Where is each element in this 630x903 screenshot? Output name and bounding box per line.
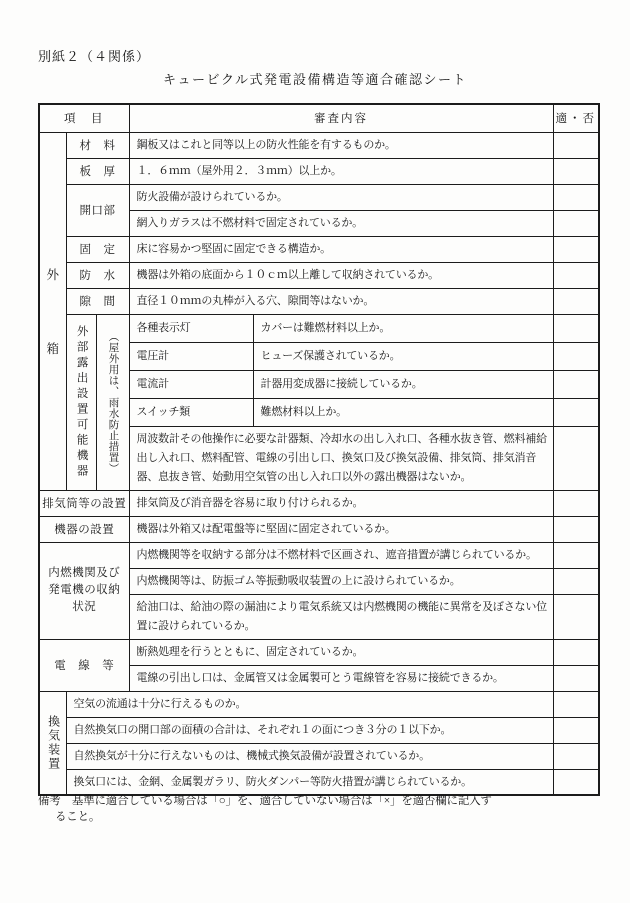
content-gap: 直径１０ｍｍの丸棒が入る穴、隙間等はないか。 [129, 288, 553, 314]
row-ventilation-1: 換気装置 空気の流通は十分に行えるものか。 [39, 691, 599, 717]
content-fixing: 床に容易かつ堅固に固定できる構造か。 [129, 236, 553, 262]
result-cell [553, 236, 599, 262]
row-ventilation-2: 自然換気口の開口部の面積の合計は、それぞれ１の面につき３分の１以下か。 [39, 717, 599, 743]
content-ventilation-2: 自然換気口の開口部の面積の合計は、それぞれ１の面につき３分の１以下か。 [66, 717, 553, 743]
content-switches: 難燃材料以上か。 [253, 398, 553, 426]
content-other-exposed-devices: 周波数計その他操作に必要な計器類、冷却水の出し入れ口、各種水抜き管、燃料補給出し… [129, 426, 553, 490]
result-cell [553, 370, 599, 398]
outer-box-vertical-label: 外 箱 [40, 265, 66, 357]
header-pass-fail: 適・否 [553, 104, 599, 132]
row-indicator-lamps: 外部露出設置可能機器 （屋外用は、雨水防止措置） 各種表示灯 カバーは難燃材料以… [39, 314, 599, 342]
content-ammeter: 計器用変成器に接続しているか。 [253, 370, 553, 398]
content-material: 鋼板又はこれと同等以上の防火性能を有するものか。 [129, 132, 553, 158]
row-exhaust-pipe: 排気筒等の設置 排気筒及び消音器を容易に取り付けられるか。 [39, 490, 599, 516]
table-header-row: 項 目 審査内容 適・否 [39, 104, 599, 132]
result-cell [553, 132, 599, 158]
result-cell [553, 398, 599, 426]
content-ventilation-1: 空気の流通は十分に行えるものか。 [66, 691, 553, 717]
content-waterproof: 機器は外箱の底面から１０ｃｍ以上離して収納されているか。 [129, 262, 553, 288]
result-cell [553, 314, 599, 342]
document-page: 別紙２（４関係） キュービクル式発電設備構造等適合確認シート 項 目 審査内容 … [0, 0, 630, 903]
device-name-ammeter: 電流計 [129, 370, 253, 398]
remarks-note: 備考 基準に適合している場合は「○」を、適合していない場合は「×」を適否欄に記入… [38, 793, 492, 825]
content-engine-housing-2: 内燃機関等は、防振ゴム等振動吸収装置の上に設けられているか。 [129, 568, 553, 594]
group-outer-box-cell: 外 箱 [39, 132, 66, 490]
content-wiring-2: 電線の引出し口は、金属管又は金属製可とう電線管を容易に接続できるか。 [129, 665, 553, 691]
content-ventilation-4: 換気口には、金網、金属製ガラリ、防火ダンパー等防火措置が講じられているか。 [66, 769, 553, 795]
ventilation-label-cell: 換気装置 [39, 691, 66, 795]
outer-box-char-2: 箱 [46, 339, 59, 357]
result-cell [553, 288, 599, 314]
result-cell [553, 743, 599, 769]
label-thickness: 板 厚 [66, 158, 129, 184]
exposed-devices-label-cell: 外部露出設置可能機器 [66, 314, 96, 490]
result-cell [553, 594, 599, 639]
result-cell [553, 490, 599, 516]
label-fixing: 固 定 [66, 236, 129, 262]
device-name-indicator-lamps: 各種表示灯 [129, 314, 253, 342]
content-opening-2: 網入りガラスは不燃材料で固定されているか。 [129, 210, 553, 236]
content-wiring-1: 断熱処理を行うとともに、固定されているか。 [129, 639, 553, 665]
content-indicator-lamps: カバーは難燃材料以上か。 [253, 314, 553, 342]
content-exhaust-pipe: 排気筒及び消音器を容易に取り付けられるか。 [129, 490, 553, 516]
result-cell [553, 691, 599, 717]
result-cell [553, 568, 599, 594]
result-cell [553, 769, 599, 795]
row-ventilation-4: 換気口には、金網、金属製ガラリ、防火ダンパー等防火措置が講じられているか。 [39, 769, 599, 795]
outer-box-char-1: 外 [46, 265, 59, 283]
conformity-check-table: 項 目 審査内容 適・否 外 箱 材 料 鋼板又はこれと同等以上の防火性能を有す… [38, 103, 600, 796]
content-thickness: １．６ｍｍ（屋外用２．３ｍｍ）以上か。 [129, 158, 553, 184]
page-title: キュービクル式発電設備構造等適合確認シート [0, 69, 630, 88]
content-engine-housing-3: 給油口は、給油の際の漏油により電気系統又は内燃機関の機能に異常を及ぼさない位置に… [129, 594, 553, 639]
label-opening: 開口部 [66, 184, 129, 236]
result-cell [553, 717, 599, 743]
row-material: 外 箱 材 料 鋼板又はこれと同等以上の防火性能を有するものか。 [39, 132, 599, 158]
label-equipment-installation: 機器の設置 [39, 516, 129, 542]
device-name-voltmeter: 電圧計 [129, 342, 253, 370]
header-review-content: 審査内容 [129, 104, 553, 132]
remarks-line-1: 備考 基準に適合している場合は「○」を、適合していない場合は「×」を適否欄に記入… [38, 793, 492, 809]
label-engine-housing: 内燃機関及び 発電機の収納 状況 [39, 542, 129, 639]
exposed-devices-vertical-label: 外部露出設置可能機器 [74, 325, 87, 480]
result-cell [553, 542, 599, 568]
ventilation-vertical-label: 換気装置 [46, 715, 60, 771]
result-cell [553, 158, 599, 184]
outdoor-rainproof-vertical-label: （屋外用は、雨水防止措置） [106, 331, 118, 474]
result-cell [553, 210, 599, 236]
device-name-switches: スイッチ類 [129, 398, 253, 426]
content-opening-1: 防火設備が設けられているか。 [129, 184, 553, 210]
result-cell [553, 426, 599, 490]
content-equipment-installation: 機器は外箱又は配電盤等に堅固に固定されているか。 [129, 516, 553, 542]
result-cell [553, 262, 599, 288]
attachment-label: 別紙２（４関係） [38, 46, 150, 65]
header-item: 項 目 [39, 104, 129, 132]
row-gap: 隙 間 直径１０ｍｍの丸棒が入る穴、隙間等はないか。 [39, 288, 599, 314]
row-fixing: 固 定 床に容易かつ堅固に固定できる構造か。 [39, 236, 599, 262]
result-cell [553, 342, 599, 370]
label-gap: 隙 間 [66, 288, 129, 314]
content-voltmeter: ヒューズ保護されているか。 [253, 342, 553, 370]
row-thickness: 板 厚 １．６ｍｍ（屋外用２．３ｍｍ）以上か。 [39, 158, 599, 184]
content-ventilation-3: 自然換気が十分に行えないものは、機械式換気設備が設置されているか。 [66, 743, 553, 769]
result-cell [553, 639, 599, 665]
result-cell [553, 516, 599, 542]
row-opening-1: 開口部 防火設備が設けられているか。 [39, 184, 599, 210]
result-cell [553, 665, 599, 691]
row-wiring-1: 電 線 等 断熱処理を行うとともに、固定されているか。 [39, 639, 599, 665]
row-engine-housing-1: 内燃機関及び 発電機の収納 状況 内燃機関等を収納する部分は不燃材料で区画され、… [39, 542, 599, 568]
label-exhaust-pipe: 排気筒等の設置 [39, 490, 129, 516]
outdoor-rainproof-label-cell: （屋外用は、雨水防止措置） [96, 314, 129, 490]
result-cell [553, 184, 599, 210]
row-waterproof: 防 水 機器は外箱の底面から１０ｃｍ以上離して収納されているか。 [39, 262, 599, 288]
label-waterproof: 防 水 [66, 262, 129, 288]
label-material: 材 料 [66, 132, 129, 158]
remarks-line-2: ること。 [55, 809, 492, 825]
row-equipment-installation: 機器の設置 機器は外箱又は配電盤等に堅固に固定されているか。 [39, 516, 599, 542]
label-wiring: 電 線 等 [39, 639, 129, 691]
content-engine-housing-1: 内燃機関等を収納する部分は不燃材料で区画され、遮音措置が講じられているか。 [129, 542, 553, 568]
row-ventilation-3: 自然換気が十分に行えないものは、機械式換気設備が設置されているか。 [39, 743, 599, 769]
